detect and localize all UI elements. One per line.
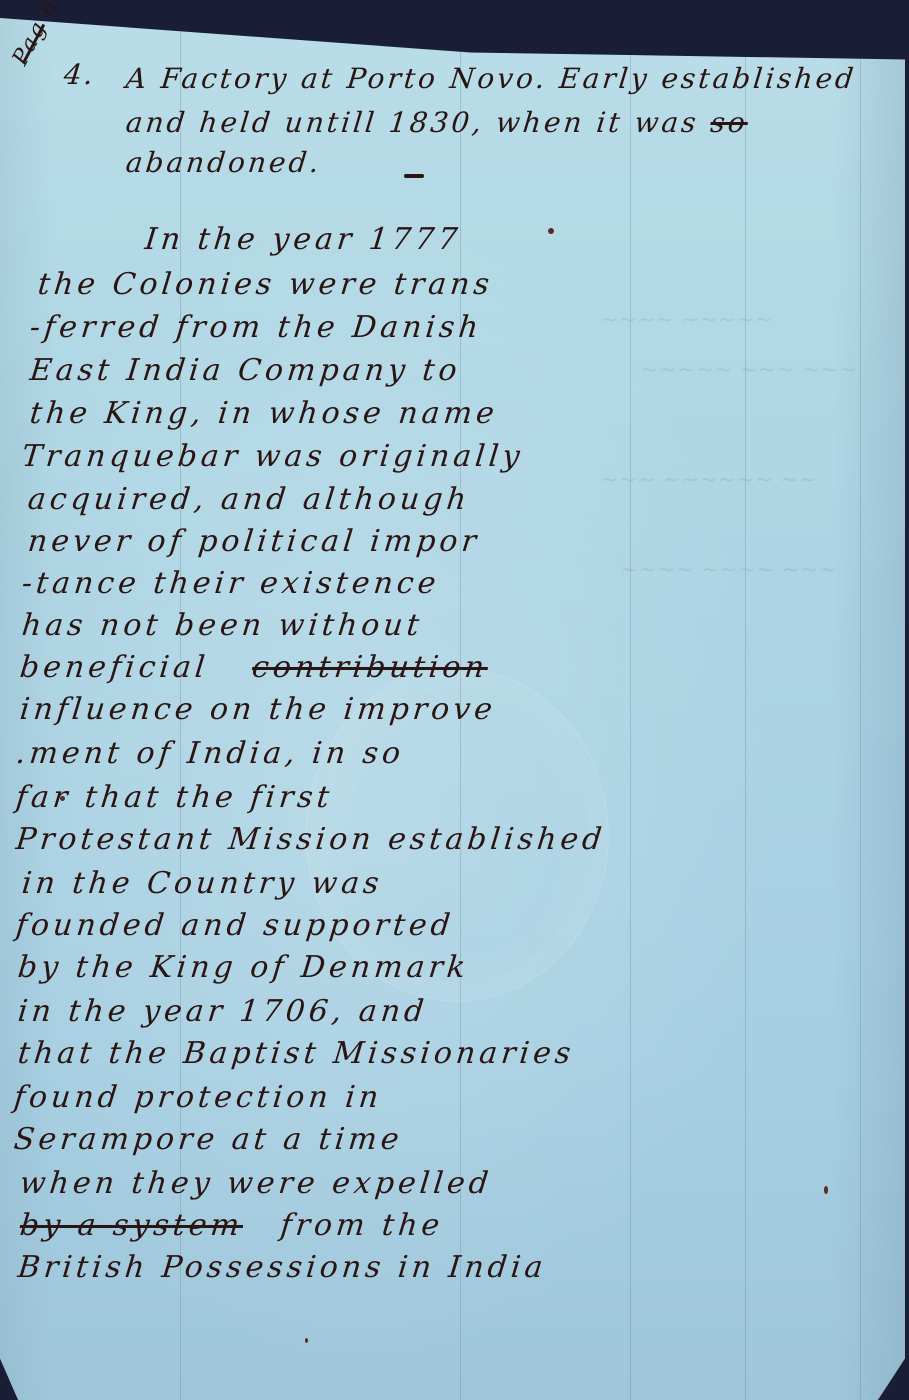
section-dash	[404, 174, 424, 178]
body-line-text: beneficial	[18, 650, 210, 685]
body-line: British Possessions in India	[16, 1250, 548, 1285]
body-line: influence on the improve	[18, 692, 498, 727]
ink-speck	[305, 1338, 308, 1343]
body-line: Tranquebar was originally	[20, 439, 525, 474]
body-line: the Colonies were trans	[36, 267, 495, 302]
body-line: the King, in whose name	[28, 396, 500, 431]
body-line: by the King of Denmark	[16, 950, 471, 985]
heading-line-2-text: and held untill 1830, when it was	[124, 106, 700, 139]
body-line: -ferred from the Danish	[28, 310, 484, 345]
heading-line-2: and held untill 1830, when it was so	[124, 106, 749, 139]
body-line: In the year 1777	[143, 222, 463, 257]
body-line: founded and supported	[14, 908, 456, 943]
ink-speck	[548, 228, 554, 234]
item-number: 4.	[62, 58, 96, 91]
show-through-text: ~~~~ ~~~~~	[600, 308, 773, 333]
fold-line	[745, 18, 746, 1400]
struck-word: so	[709, 106, 750, 139]
struck-word: contribution	[250, 650, 489, 685]
body-line: Serampore at a time	[12, 1122, 404, 1157]
body-line: by a system from the	[18, 1208, 445, 1243]
body-line: -tance their existence	[20, 566, 441, 601]
body-line: has not been without	[20, 608, 424, 643]
body-line: found protection in	[12, 1080, 384, 1115]
body-line: East India Company to	[28, 353, 462, 388]
heading-line-3: abandoned.	[124, 146, 323, 179]
ink-speck	[60, 796, 65, 801]
body-line: in the year 1706, and	[16, 994, 429, 1029]
show-through-text: ~~~~~ ~~~ ~~~	[640, 358, 857, 383]
body-line: beneficial contribution	[18, 650, 490, 685]
body-line: that the Baptist Missionaries	[16, 1036, 576, 1071]
body-line: acquired, and although	[26, 482, 472, 517]
body-line: when they were expelled	[18, 1166, 494, 1201]
heading-line-1: A Factory at Porto Novo. Early establish…	[124, 62, 858, 95]
body-line: in the Country was	[20, 866, 384, 901]
ink-speck	[824, 1186, 828, 1194]
body-line: Protestant Mission established	[14, 822, 607, 857]
fold-line	[860, 18, 861, 1400]
body-line-text: from the	[279, 1208, 445, 1243]
fold-line	[630, 18, 631, 1400]
body-line: never of political impor	[26, 524, 482, 559]
show-through-text: ~~~~ ~~~~ ~~~	[620, 558, 837, 583]
show-through-text: ~~~ ~~~~~~ ~~	[600, 468, 817, 493]
body-line: .ment of India, in so	[14, 736, 406, 771]
struck-word: by a system	[18, 1208, 245, 1243]
manuscript-photo: ~~~~ ~~~~~ ~~~~~ ~~~ ~~~ ~~~ ~~~~~~ ~~ ~…	[0, 0, 909, 1400]
